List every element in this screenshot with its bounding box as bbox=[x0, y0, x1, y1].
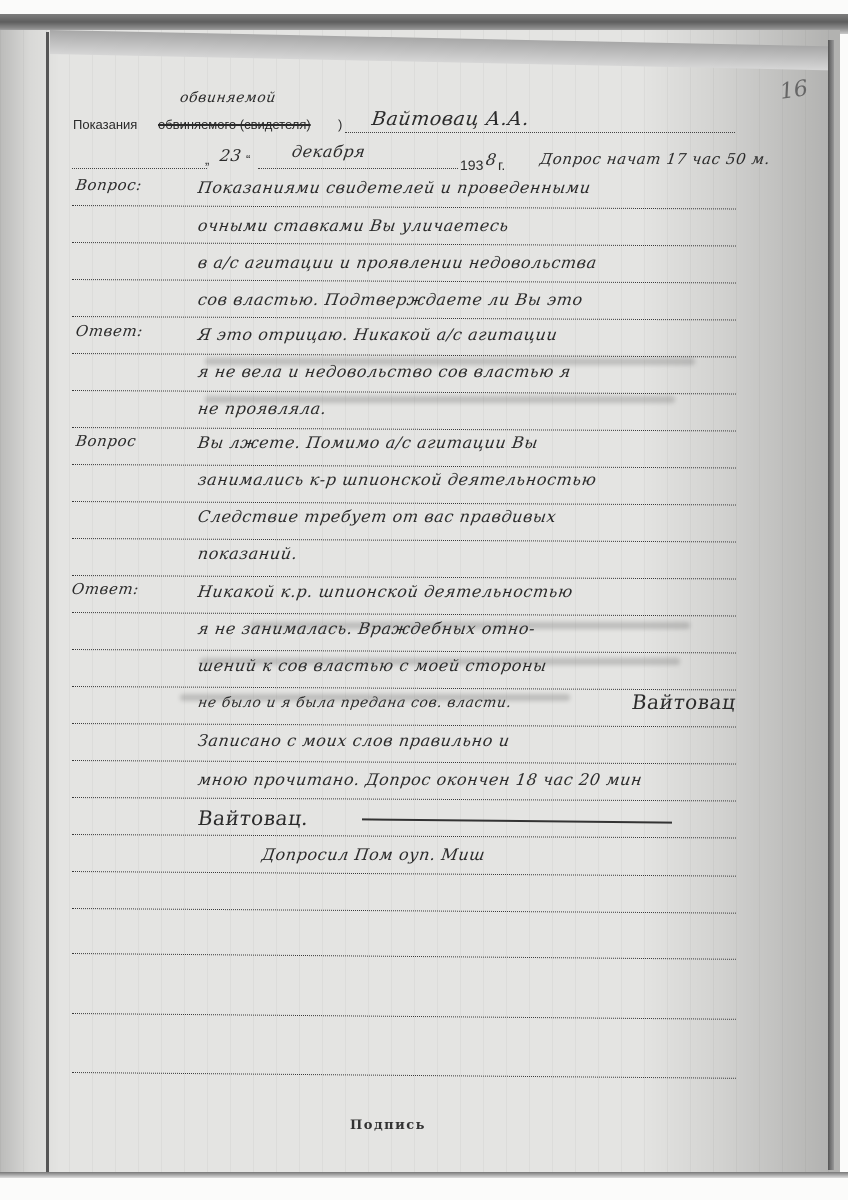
entry-line: не проявляла. bbox=[197, 399, 328, 418]
entry-line: в а/с агитации и проявлении недовольства bbox=[197, 253, 599, 272]
entry-line: показаний. bbox=[197, 544, 299, 563]
page-right-edge bbox=[828, 40, 834, 1170]
closing-signature: Вайтовац. bbox=[196, 806, 310, 830]
page-bottom-edge bbox=[0, 1172, 848, 1178]
binding-spine bbox=[46, 32, 49, 1172]
year-prefix: 193 bbox=[460, 157, 483, 173]
closing-line: мною прочитано. Допрос окончен 18 час 20… bbox=[197, 770, 644, 789]
entry-line: Следствие требует от вас правдивых bbox=[197, 507, 558, 526]
inserted-word: обвиняемой bbox=[179, 90, 277, 106]
struck-out-text: обвиняемого (свидетеля) bbox=[158, 117, 311, 132]
entry-label-question: Вопрос: bbox=[75, 176, 144, 194]
entry-line: занимались к-р шпионской деятельностью bbox=[197, 470, 598, 489]
entry-line: Показаниями свидетелей и проведенными bbox=[197, 178, 592, 197]
name-fill-line bbox=[345, 132, 735, 133]
date-day: 23 bbox=[219, 146, 243, 165]
form-label: Показания bbox=[73, 117, 137, 132]
year-suffix: г. bbox=[498, 157, 505, 173]
signature-label: Подпись bbox=[350, 1118, 426, 1133]
entry-line: шений к сов властью с моей стороны bbox=[197, 656, 549, 675]
entry-line: я не вела и недовольство сов властью я bbox=[197, 362, 573, 381]
page-number: 16 bbox=[778, 76, 809, 105]
quote-open: „ bbox=[205, 152, 209, 167]
person-name: Вайтовац А.А. bbox=[370, 108, 530, 130]
respondent-signature: Вайтовац bbox=[630, 690, 737, 714]
entry-line: Вы лжете. Помимо а/с агитации Вы bbox=[197, 433, 540, 452]
scanned-document: 16 обвиняемой Показания обвиняемого (сви… bbox=[0, 0, 848, 1200]
entry-label-answer: Ответ: bbox=[75, 322, 145, 340]
entry-line: сов властью. Подтверждаете ли Вы это bbox=[197, 290, 585, 309]
entry-line: не было и я была предана сов. власти. bbox=[197, 695, 513, 711]
entry-line: очными ставками Вы уличаетесь bbox=[197, 216, 511, 235]
entry-label-question: Вопрос bbox=[75, 432, 138, 450]
interrogator-line: Допросил Пом оуп. Миш bbox=[261, 845, 487, 864]
month-fill-line bbox=[258, 168, 458, 169]
interrogation-start: Допрос начат 17 час 50 м. bbox=[539, 150, 772, 168]
paren-close: ) bbox=[338, 117, 342, 132]
entry-line: Никакой к.р. шпионской деятельностью bbox=[197, 582, 575, 601]
entry-label-answer: Ответ: bbox=[71, 580, 141, 598]
date-month: декабря bbox=[291, 142, 367, 161]
entry-line: я не занималась. Враждебных отно- bbox=[197, 619, 537, 638]
closing-line: Записано с моих слов правильно и bbox=[197, 731, 511, 750]
quote-close: “ bbox=[246, 152, 250, 167]
entry-line: Я это отрицаю. Никакой а/с агитации bbox=[197, 325, 559, 344]
document-page bbox=[0, 30, 840, 1178]
date-fill-line bbox=[72, 168, 207, 169]
